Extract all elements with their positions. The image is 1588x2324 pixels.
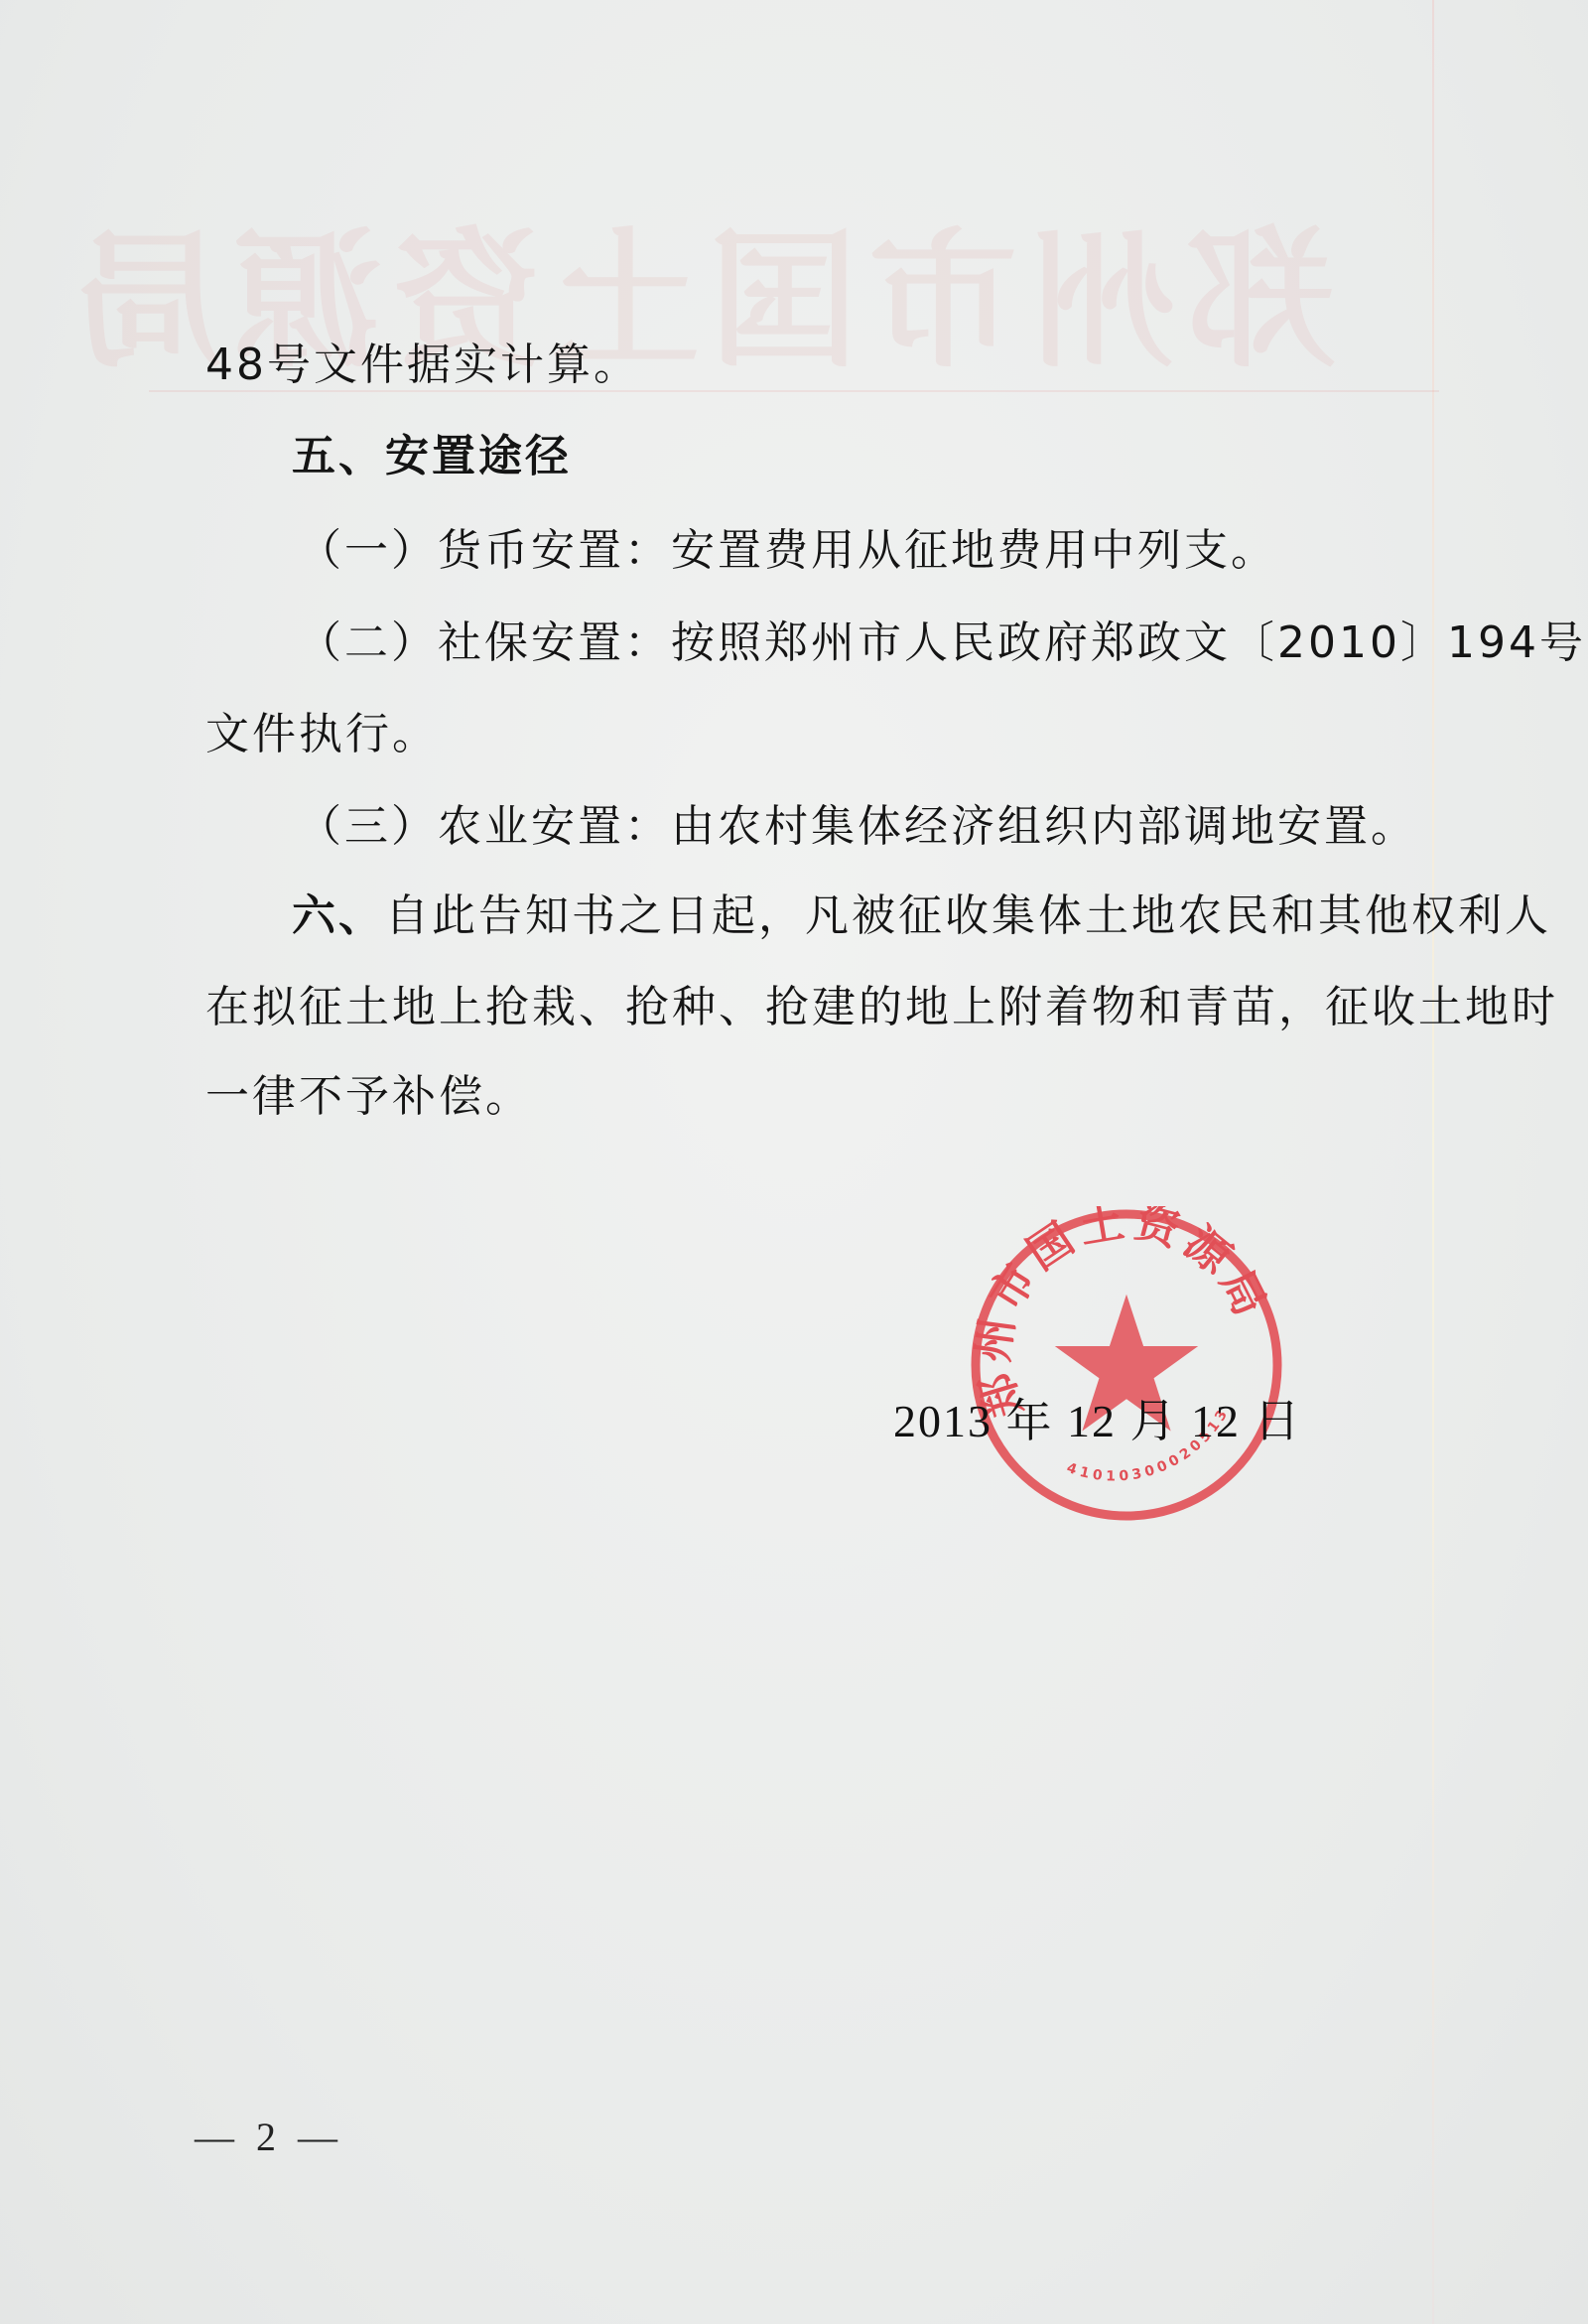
section-heading-five: 五、安置途径 [292, 431, 572, 482]
item-social-security-resettlement: （二）社保安置：按照郑州市人民政府郑政文〔2010〕194号 [298, 617, 1586, 669]
body-line-9: 一律不予补偿。 [205, 1071, 532, 1123]
section-six-prefix: 六、 [292, 890, 385, 941]
paper-fold-line [1432, 0, 1434, 2324]
document-page: 郑州市国土资源局 48号文件据实计算。 五、安置途径 （一）货币安置：安置费用从… [0, 0, 1588, 2324]
issue-date: 2013 年 12 月 12 日 [893, 1395, 1302, 1448]
body-line-1: 48号文件据实计算。 [205, 340, 640, 391]
page-number: — 2 — [195, 2113, 343, 2162]
official-seal-stamp: 郑州市国土资源局 41010300020513 [968, 1206, 1285, 1524]
bleed-char: 州 [1017, 181, 1176, 395]
bleed-char: 国 [700, 181, 859, 395]
item-monetary-resettlement: （一）货币安置：安置费用从征地费用中列支。 [298, 525, 1277, 577]
section-six-paragraph: 六、自此告知书之日起，凡被征收集体土地农民和其他权利人 [292, 890, 1551, 942]
bleed-char: 局 [65, 181, 223, 395]
bleed-char: 郑 [1176, 181, 1335, 395]
body-line-8: 在拟征土地上抢栽、抢种、抢建的地上附着物和青苗，征收土地时 [205, 982, 1558, 1033]
bleed-char: 市 [859, 181, 1017, 395]
item-agricultural-resettlement: （三）农业安置：由农村集体经济组织内部调地安置。 [298, 801, 1417, 853]
body-line-5: 文件执行。 [205, 709, 439, 760]
section-six-text: 自此告知书之日起，凡被征收集体土地农民和其他权利人 [385, 890, 1551, 941]
